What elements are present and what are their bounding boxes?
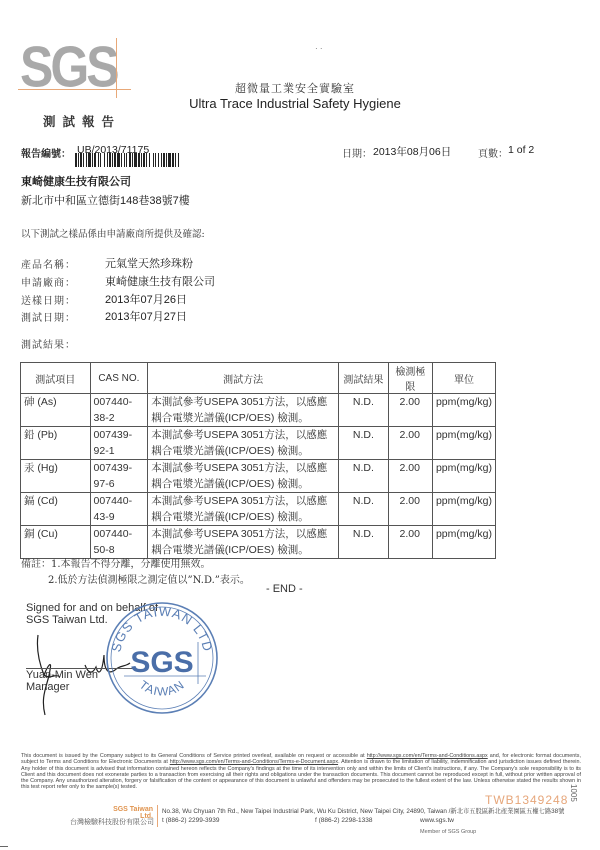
report-date: 2013年08月06日 bbox=[373, 144, 451, 159]
footer-divider bbox=[157, 805, 158, 827]
applicant: 東崎健康生技有限公司 bbox=[105, 273, 215, 289]
cell-test-item: 汞 (Hg) bbox=[21, 460, 91, 493]
footer-phone: t (886-2) 2299-3939 bbox=[162, 817, 219, 824]
cell-cas-no: 007439-92-1 bbox=[90, 427, 148, 460]
header-test-result: 測試結果 bbox=[339, 363, 389, 394]
end-marker: - END - bbox=[266, 583, 303, 595]
cell-test-result: N.D. bbox=[339, 394, 389, 427]
signer-block: Yuan-Min Wen Manager bbox=[26, 669, 98, 693]
test-date: 2013年07月27日 bbox=[105, 308, 187, 324]
lab-name-zh: 超微量工業安全實驗室 bbox=[225, 80, 365, 96]
table-row: 鎘 (Cd)007440-43-9本測試參考USEPA 3051方法，以感應耦合… bbox=[21, 493, 496, 526]
e-document-terms-link[interactable]: http://www.sgs.com/en/Terms-and-Conditio… bbox=[170, 759, 338, 765]
cell-test-result: N.D. bbox=[339, 460, 389, 493]
logo-divider-vertical bbox=[116, 38, 117, 98]
footer-fax: f (886-2) 2298-1338 bbox=[315, 817, 372, 824]
cell-test-method: 本測試參考USEPA 3051方法，以感應耦合電漿光譜儀(ICP/OES) 檢測… bbox=[148, 460, 339, 493]
logo-divider-horizontal bbox=[18, 89, 131, 90]
table-header-row: 測試項目 CAS NO. 測試方法 測試結果 檢測極限 單位 bbox=[21, 363, 496, 394]
terms-link[interactable]: http://www.sgs.com/en/Terms-and-Conditio… bbox=[367, 753, 488, 759]
cell-detection-limit: 2.00 bbox=[388, 427, 432, 460]
cell-unit: ppm(mg/kg) bbox=[432, 526, 495, 559]
test-date-label: 測試日期： bbox=[21, 309, 76, 324]
applicant-label: 申請廠商： bbox=[21, 274, 76, 289]
note-2: 2.低於方法偵測極限之測定值以”N.D.”表示。 bbox=[48, 571, 250, 586]
page-edge-mark bbox=[0, 846, 8, 847]
lab-name-en: Ultra Trace Industrial Safety Hygiene bbox=[175, 96, 415, 111]
cell-detection-limit: 2.00 bbox=[388, 460, 432, 493]
received-date-label: 送樣日期： bbox=[21, 292, 76, 307]
header-test-method: 測試方法 bbox=[148, 363, 339, 394]
cell-detection-limit: 2.00 bbox=[388, 394, 432, 427]
cell-cas-no: 007440-50-8 bbox=[90, 526, 148, 559]
cell-unit: ppm(mg/kg) bbox=[432, 493, 495, 526]
report-no-label: 報告編號： bbox=[21, 145, 71, 160]
cell-detection-limit: 2.00 bbox=[388, 493, 432, 526]
header-cas-no: CAS NO. bbox=[90, 363, 148, 394]
footer-address: No.38, Wu Chyuan 7th Rd., New Taipei Ind… bbox=[162, 806, 564, 815]
cell-test-method: 本測試參考USEPA 3051方法，以感應耦合電漿光譜儀(ICP/OES) 檢測… bbox=[148, 427, 339, 460]
client-company: 東崎健康生技有限公司 bbox=[21, 173, 131, 189]
cell-test-item: 鎘 (Cd) bbox=[21, 493, 91, 526]
cell-unit: ppm(mg/kg) bbox=[432, 427, 495, 460]
cell-test-method: 本測試參考USEPA 3051方法，以感應耦合電漿光譜儀(ICP/OES) 檢測… bbox=[148, 493, 339, 526]
scan-mark: · · bbox=[315, 44, 323, 53]
legal-disclaimer: This document is issued by the Company s… bbox=[21, 753, 581, 791]
cell-test-item: 鉛 (Pb) bbox=[21, 427, 91, 460]
product-name: 元氣堂天然珍珠粉 bbox=[105, 255, 193, 271]
date-label: 日期： bbox=[342, 145, 372, 160]
cell-test-result: N.D. bbox=[339, 526, 389, 559]
cell-cas-no: 007440-43-9 bbox=[90, 493, 148, 526]
page-label: 頁數： bbox=[478, 145, 508, 160]
signer-name: Yuan-Min Wen bbox=[26, 669, 98, 681]
results-table: 測試項目 CAS NO. 測試方法 測試結果 檢測極限 單位 砷 (As)007… bbox=[20, 362, 496, 559]
note-1: 備註：1.本報告不得分離，分離使用無效。 bbox=[21, 555, 211, 570]
cell-test-method: 本測試參考USEPA 3051方法，以感應耦合電漿光譜儀(ICP/OES) 檢測… bbox=[148, 526, 339, 559]
report-title: 測試報告 bbox=[43, 112, 121, 130]
page-count: 1 of 2 bbox=[508, 144, 534, 156]
serial-number: TWB1349248 bbox=[485, 793, 568, 807]
side-code: 1005 bbox=[569, 784, 578, 802]
table-row: 汞 (Hg)007439-97-6本測試參考USEPA 3051方法，以感應耦合… bbox=[21, 460, 496, 493]
table-row: 砷 (As)007440-38-2本測試參考USEPA 3051方法，以感應耦合… bbox=[21, 394, 496, 427]
table-row: 鉛 (Pb)007439-92-1本測試參考USEPA 3051方法，以感應耦合… bbox=[21, 427, 496, 460]
cell-test-item: 砷 (As) bbox=[21, 394, 91, 427]
barcode bbox=[75, 153, 258, 167]
footer-website[interactable]: www.sgs.tw bbox=[420, 817, 454, 824]
header-test-item: 測試項目 bbox=[21, 363, 91, 394]
results-label: 測試結果： bbox=[21, 336, 76, 351]
company-stamp: SGS TAIWAN LTD TAIWAN SGS bbox=[102, 598, 222, 718]
cell-test-result: N.D. bbox=[339, 427, 389, 460]
svg-text:TAIWAN: TAIWAN bbox=[137, 677, 188, 698]
header-detection-limit: 檢測極限 bbox=[388, 363, 432, 394]
svg-text:SGS: SGS bbox=[130, 646, 193, 679]
footer-member: Member of SGS Group bbox=[420, 829, 476, 835]
footer-company-zh: 台灣檢驗科技股份有限公司 bbox=[60, 817, 154, 827]
cell-detection-limit: 2.00 bbox=[388, 526, 432, 559]
signer-title: Manager bbox=[26, 681, 98, 693]
table-row: 銅 (Cu)007440-50-8本測試參考USEPA 3051方法，以感應耦合… bbox=[21, 526, 496, 559]
cell-cas-no: 007439-97-6 bbox=[90, 460, 148, 493]
cell-test-result: N.D. bbox=[339, 493, 389, 526]
header-unit: 單位 bbox=[432, 363, 495, 394]
received-date: 2013年07月26日 bbox=[105, 291, 187, 307]
sgs-logo: SGS bbox=[20, 38, 117, 96]
client-address: 新北市中和區立德街148巷38號7樓 bbox=[21, 192, 190, 208]
cell-unit: ppm(mg/kg) bbox=[432, 394, 495, 427]
intro-text: 以下測試之樣品係由申請廠商所提供及確認: bbox=[21, 226, 205, 240]
cell-unit: ppm(mg/kg) bbox=[432, 460, 495, 493]
cell-test-item: 銅 (Cu) bbox=[21, 526, 91, 559]
cell-cas-no: 007440-38-2 bbox=[90, 394, 148, 427]
disclaimer-text-1: This document is issued by the Company s… bbox=[21, 753, 367, 759]
cell-test-method: 本測試參考USEPA 3051方法，以感應耦合電漿光譜儀(ICP/OES) 檢測… bbox=[148, 394, 339, 427]
product-name-label: 產品名稱： bbox=[21, 256, 76, 271]
